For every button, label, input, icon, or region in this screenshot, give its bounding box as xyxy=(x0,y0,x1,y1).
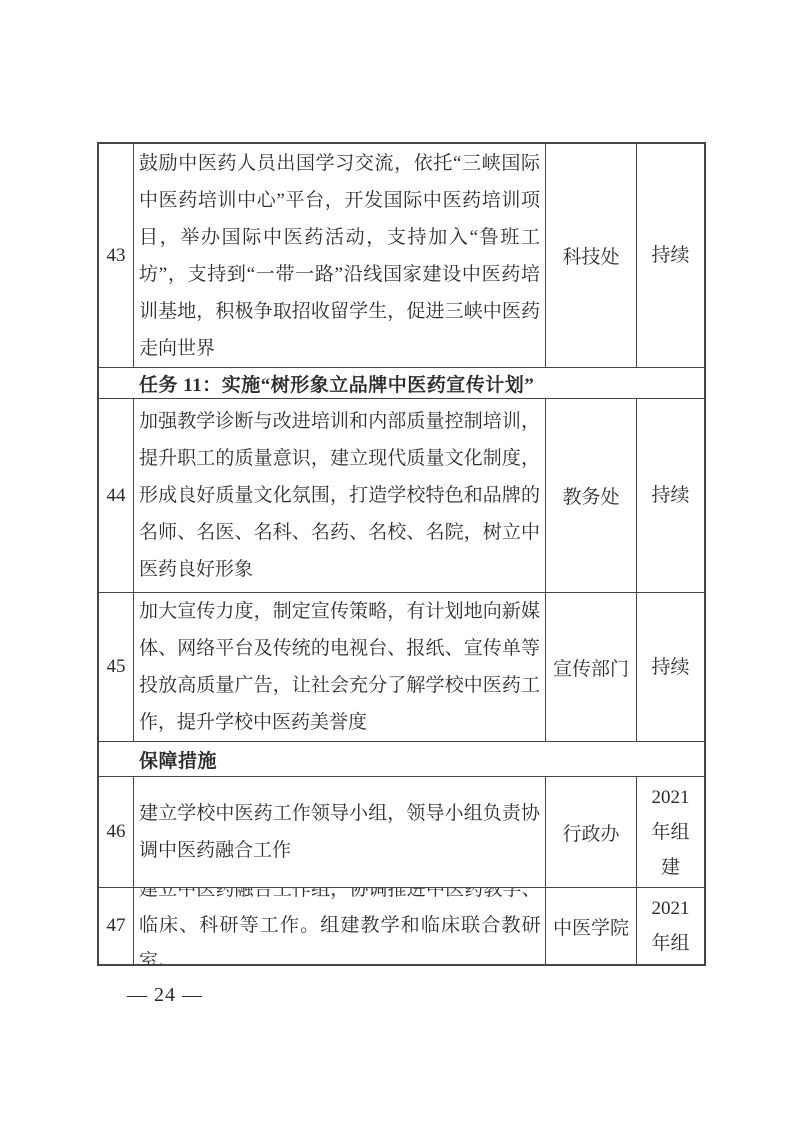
document-page: 43 鼓励中医药人员出国学习交流，依托“三峡国际中医药培训中心”平台，开发国际中… xyxy=(0,0,794,1123)
department-cell: 教务处 xyxy=(546,399,637,593)
task-description-cell: 建立中医药融合工作组，协调推进中医药教学、临床、科研等工作。组建教学和临床联合教… xyxy=(134,888,546,964)
task-description-text: 建立中医药融合工作组，协调推进中医药教学、临床、科研等工作。组建教学和临床联合教… xyxy=(139,888,540,964)
section-header-row-safeguards: 保障措施 xyxy=(99,742,704,777)
schedule-cell: 持续 xyxy=(637,593,704,742)
department-cell: 中医学院 xyxy=(546,888,637,964)
section-header-row-task11: 任务 11：实施“树形象立品牌中医药宣传计划” xyxy=(99,368,704,399)
task-description-cell: 建立学校中医药工作领导小组，领导小组负责协调中医药融合工作 xyxy=(134,777,546,888)
task-description-cell: 加大宣传力度，制定宣传策略，有计划地向新媒体、网络平台及传统的电视台、报纸、宣传… xyxy=(134,593,546,742)
task-description-text: 建立学校中医药工作领导小组，领导小组负责协调中医药融合工作 xyxy=(139,795,540,869)
department-cell: 科技处 xyxy=(546,144,637,368)
row-number-cell: 43 xyxy=(99,144,134,368)
row-number-cell: 46 xyxy=(99,777,134,888)
task-description-cell: 鼓励中医药人员出国学习交流，依托“三峡国际中医药培训中心”平台，开发国际中医药培… xyxy=(134,144,546,368)
row-number-cell: 45 xyxy=(99,593,134,742)
task-description-cell: 加强教学诊断与改进培训和内部质量控制培训，提升职工的质量意识，建立现代质量文化制… xyxy=(134,399,546,593)
schedule-cell: 2021年组 xyxy=(637,888,704,964)
page-number: — 24 — xyxy=(127,984,203,1007)
row-number-cell: 44 xyxy=(99,399,134,593)
schedule-cell: 2021年组建 xyxy=(637,777,704,888)
task-description-text: 加强教学诊断与改进培训和内部质量控制培训，提升职工的质量意识，建立现代质量文化制… xyxy=(139,403,540,588)
task-description-text: 鼓励中医药人员出国学习交流，依托“三峡国际中医药培训中心”平台，开发国际中医药培… xyxy=(139,145,540,367)
row-number-cell: 47 xyxy=(99,888,134,964)
tasks-table: 43 鼓励中医药人员出国学习交流，依托“三峡国际中医药培训中心”平台，开发国际中… xyxy=(97,142,706,966)
schedule-cell: 持续 xyxy=(637,399,704,593)
task-description-text: 加大宣传力度，制定宣传策略，有计划地向新媒体、网络平台及传统的电视台、报纸、宣传… xyxy=(139,593,540,741)
department-cell: 宣传部门 xyxy=(546,593,637,742)
schedule-cell: 持续 xyxy=(637,144,704,368)
department-cell: 行政办 xyxy=(546,777,637,888)
